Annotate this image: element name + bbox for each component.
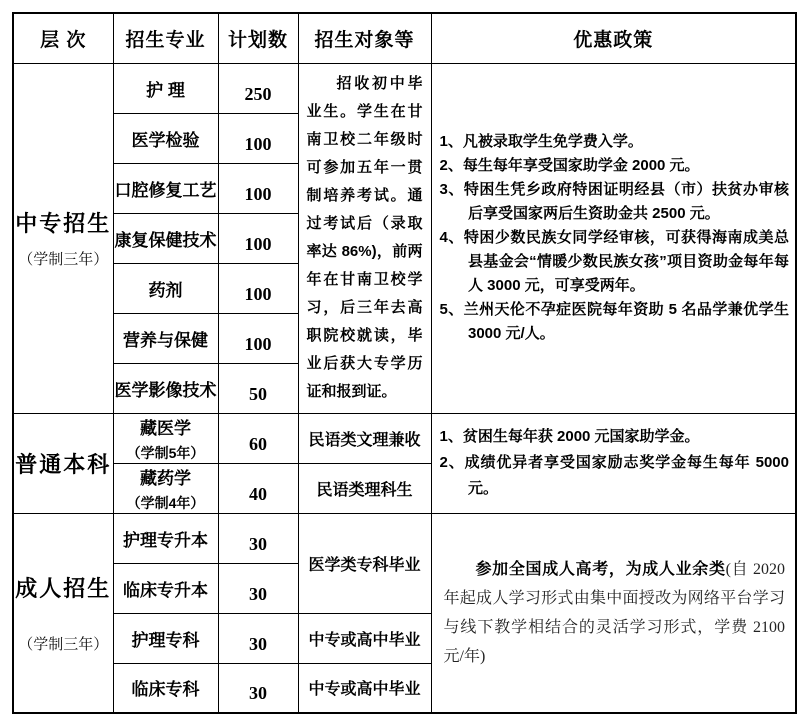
plan-cell: 250 xyxy=(218,63,298,113)
policy-item: 1、凡被录取学生免学费入学。 xyxy=(440,130,790,154)
level-cell-benke: 普通本科 xyxy=(13,413,113,513)
col-header-major: 招生专业 xyxy=(113,13,218,63)
major-cell: 临床专升本 xyxy=(113,563,218,613)
plan-cell: 100 xyxy=(218,163,298,213)
major-cell: 护理专科 xyxy=(113,613,218,663)
major-cell: 康复保健技术 xyxy=(113,213,218,263)
plan-cell: 50 xyxy=(218,363,298,413)
major-cell: 护理专升本 xyxy=(113,513,218,563)
target-cell-merged: 医学类专科毕业 xyxy=(298,513,431,613)
policy-item: 1、贫困生每年获 2000 元国家助学金。 xyxy=(440,424,790,450)
target-cell: 民语类文理兼收 xyxy=(298,413,431,463)
policy-item: 2、每生每年享受国家助学金 2000 元。 xyxy=(440,154,790,178)
policy-item: 3、特困生凭乡政府特困证明经县（市）扶贫办审核后享受国家两后生资助金共 2500… xyxy=(440,178,790,226)
plan-cell: 40 xyxy=(218,463,298,513)
level-title: 中专招生 xyxy=(15,207,111,238)
major-cell: 临床专科 xyxy=(113,663,218,713)
major-cell: 藏药学 （学制4年） xyxy=(113,463,218,513)
policy-item: 5、兰州天伦不孕症医院每年资助 5 名品学兼优学生 3000 元/人。 xyxy=(440,298,790,346)
target-cell: 中专或高中毕业 xyxy=(298,613,431,663)
plan-cell: 100 xyxy=(218,113,298,163)
table-row: 中专招生 （学制三年） 护 理 250 招收初中毕业生。学生在甘南卫校二年级时可… xyxy=(13,63,796,113)
level-cell-zhongzhuan: 中专招生 （学制三年） xyxy=(13,63,113,413)
major-cell: 藏医学 （学制5年） xyxy=(113,413,218,463)
col-header-plan: 计划数 xyxy=(218,13,298,63)
target-cell-zhongzhuan: 招收初中毕业生。学生在甘南卫校二年级时可参加五年一贯制培养考试。通过考试后（录取… xyxy=(298,63,431,413)
major-cell: 口腔修复工艺 xyxy=(113,163,218,213)
col-header-policy: 优惠政策 xyxy=(431,13,796,63)
adult-policy-bold: 参加全国成人高考，为成人业余类 xyxy=(476,561,726,578)
table-header-row: 层 次 招生专业 计划数 招生对象等 优惠政策 xyxy=(13,13,796,63)
major-duration: （学制5年） xyxy=(114,443,218,463)
target-cell: 中专或高中毕业 xyxy=(298,663,431,713)
plan-cell: 100 xyxy=(218,263,298,313)
target-paragraph: 招收初中毕业生。学生在甘南卫校二年级时可参加五年一贯制培养考试。通过考试后（录取… xyxy=(307,70,423,406)
plan-cell: 30 xyxy=(218,513,298,563)
major-name: 藏药学 xyxy=(114,464,218,489)
policy-cell-chengren: 参加全国成人高考，为成人业余类(自 2020 年起成人学习形式由集中面授改为网络… xyxy=(431,513,796,713)
plan-cell: 30 xyxy=(218,563,298,613)
major-duration: （学制4年） xyxy=(114,493,218,513)
major-cell: 营养与保健 xyxy=(113,313,218,363)
major-cell: 医学影像技术 xyxy=(113,363,218,413)
major-cell: 医学检验 xyxy=(113,113,218,163)
level-subtitle: （学制三年） xyxy=(18,248,108,269)
plan-cell: 100 xyxy=(218,313,298,363)
level-subtitle: （学制三年） xyxy=(18,633,108,654)
policy-item: 2、成绩优异者享受国家励志奖学金每生每年 5000 元。 xyxy=(440,450,790,502)
plan-cell: 60 xyxy=(218,413,298,463)
plan-cell: 100 xyxy=(218,213,298,263)
adult-policy-paragraph: 参加全国成人高考，为成人业余类(自 2020 年起成人学习形式由集中面授改为网络… xyxy=(440,555,790,671)
policy-cell-benke: 1、贫困生每年获 2000 元国家助学金。 2、成绩优异者享受国家励志奖学金每生… xyxy=(431,413,796,513)
level-title: 成人招生 xyxy=(15,572,111,603)
policy-item: 4、特困少数民族女同学经审核，可获得海南成美总县基金会“情暖少数民族女孩”项目资… xyxy=(440,226,790,298)
target-cell: 民语类理科生 xyxy=(298,463,431,513)
col-header-target: 招生对象等 xyxy=(298,13,431,63)
plan-cell: 30 xyxy=(218,613,298,663)
level-cell-chengren: 成人招生 （学制三年） xyxy=(13,513,113,713)
level-title: 普通本科 xyxy=(15,448,111,479)
plan-cell: 30 xyxy=(218,663,298,713)
major-cell: 护 理 xyxy=(113,63,218,113)
policy-cell-zhongzhuan: 1、凡被录取学生免学费入学。 2、每生每年享受国家助学金 2000 元。 3、特… xyxy=(431,63,796,413)
major-cell: 药剂 xyxy=(113,263,218,313)
table-row: 成人招生 （学制三年） 护理专升本 30 医学类专科毕业 参加全国成人高考，为成… xyxy=(13,513,796,563)
col-header-level: 层 次 xyxy=(13,13,113,63)
enrollment-table: 层 次 招生专业 计划数 招生对象等 优惠政策 中专招生 （学制三年） 护 理 … xyxy=(12,12,797,714)
major-name: 藏医学 xyxy=(114,414,218,439)
table-row: 普通本科 藏医学 （学制5年） 60 民语类文理兼收 1、贫困生每年获 2000… xyxy=(13,413,796,463)
